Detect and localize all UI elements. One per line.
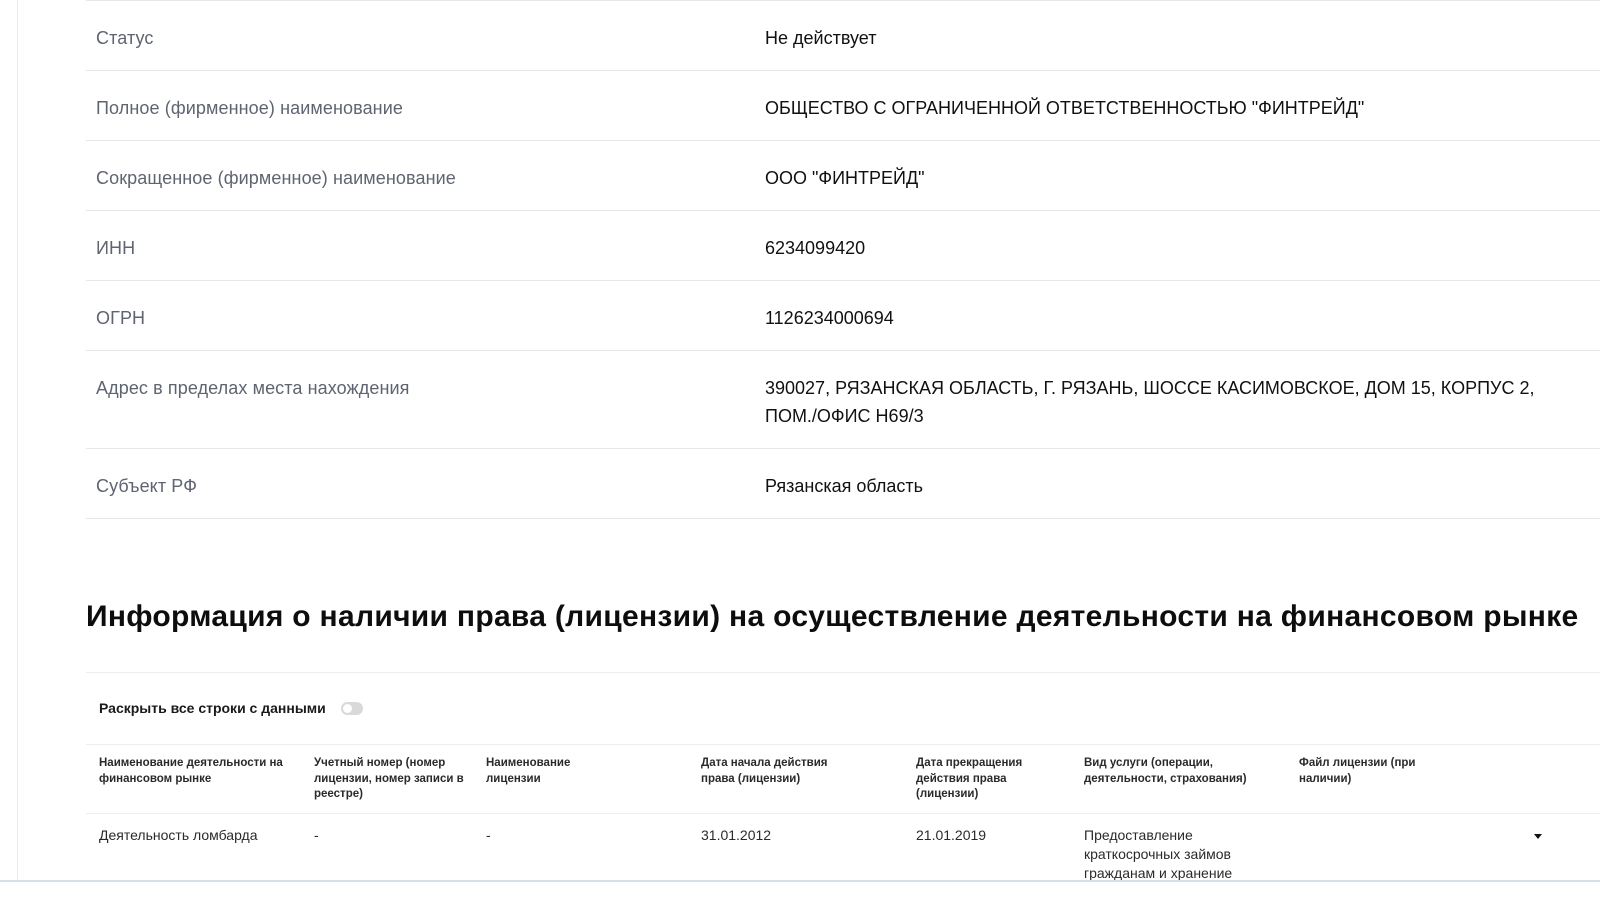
detail-label: Статус [96,26,765,70]
column-header-service-type: Вид услуги (операции, деятельности, стра… [1084,756,1264,787]
detail-value: Не действует [765,24,1600,70]
expand-all-control: Раскрыть все строки с данными [99,700,363,716]
detail-label: Адрес в пределах места нахождения [96,376,765,448]
expand-all-label: Раскрыть все строки с данными [99,700,326,716]
detail-row-short-name: Сокращенное (фирменное) наименование ООО… [86,141,1600,211]
detail-value: ООО "ФИНТРЕЙД" [765,164,1600,210]
detail-row-ogrn: ОГРН 1126234000694 [86,281,1600,351]
cell-registry-number: - [314,826,474,845]
divider [86,672,1600,673]
cell-start-date: 31.01.2012 [701,826,851,845]
toggle-knob [343,704,352,713]
page-bottom-edge [0,880,1600,898]
detail-value: ОБЩЕСТВО С ОГРАНИЧЕННОЙ ОТВЕТСТВЕННОСТЬЮ… [765,94,1600,140]
detail-row-address: Адрес в пределах места нахождения 390027… [86,351,1600,449]
detail-row-region: Субъект РФ Рязанская область [86,449,1600,519]
cell-activity: Деятельность ломбарда [99,826,299,845]
column-header-license-file: Файл лицензии (при наличии) [1299,756,1459,787]
detail-value: Рязанская область [765,472,1600,518]
column-header-license-name: Наименование лицензии [486,756,626,787]
cell-end-date: 21.01.2019 [916,826,1066,845]
detail-row-full-name: Полное (фирменное) наименование ОБЩЕСТВО… [86,71,1600,141]
column-header-activity: Наименование деятельности на финансовом … [99,756,299,787]
detail-label: Субъект РФ [96,474,765,518]
detail-label: ОГРН [96,306,765,350]
detail-value: 1126234000694 [765,304,1600,350]
detail-row-inn: ИНН 6234099420 [86,211,1600,281]
detail-value: 390027, РЯЗАНСКАЯ ОБЛАСТЬ, Г. РЯЗАНЬ, ШО… [765,374,1600,448]
main-content: Статус Не действует Полное (фирменное) н… [86,0,1600,519]
column-header-registry-number: Учетный номер (номер лицензии, номер зап… [314,756,474,803]
column-header-end-date: Дата прекращения действия права (лицензи… [916,756,1066,803]
divider [86,813,1600,814]
organization-details: Статус Не действует Полное (фирменное) н… [86,0,1600,519]
detail-label: ИНН [96,236,765,280]
cell-license-name: - [486,826,626,845]
left-rail [0,0,18,898]
detail-value: 6234099420 [765,234,1600,280]
cell-service-type: Предоставление краткосрочных займов граж… [1084,826,1264,883]
divider [86,744,1600,745]
detail-label: Полное (фирменное) наименование [96,96,765,140]
detail-row-status: Статус Не действует [86,1,1600,71]
license-section-title: Информация о наличии права (лицензии) на… [86,600,1579,634]
detail-label: Сокращенное (фирменное) наименование [96,166,765,210]
column-header-start-date: Дата начала действия права (лицензии) [701,756,851,787]
chevron-down-icon[interactable] [1532,830,1544,842]
expand-all-toggle[interactable] [341,702,363,715]
